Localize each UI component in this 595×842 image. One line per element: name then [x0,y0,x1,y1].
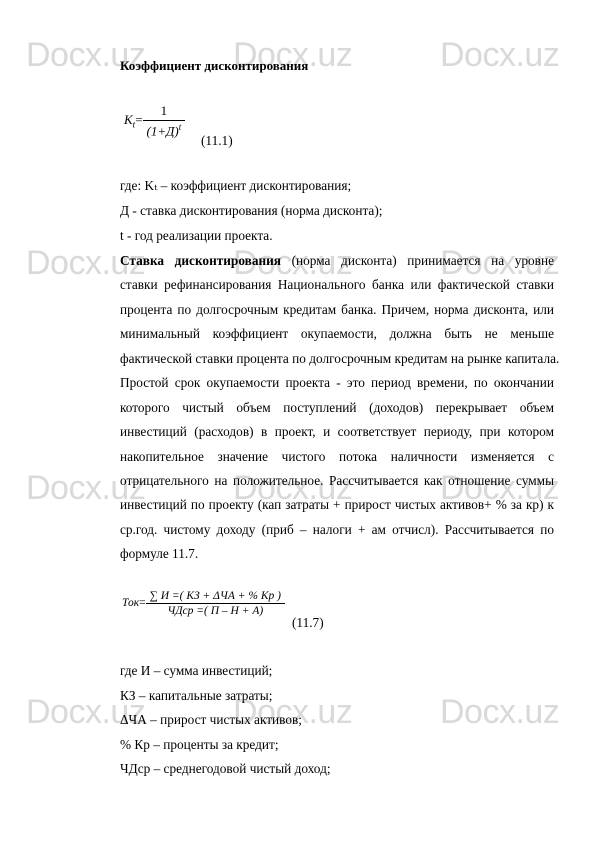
paragraph-line: минимальный коэффициент окупаемости, дол… [120,326,554,342]
equation-number: (11.7) [292,615,324,631]
definition-line: где И – сумма инвестиций; [120,663,554,679]
definition-line: ЧДср – среднегодовой чистый доход; [120,761,554,777]
paragraph-line: ставки рефинансирования Национального ба… [120,277,554,293]
definition-line: t - год реализации проекта. [120,228,554,244]
definition-line: ΔЧА – прирост чистых активов; [120,712,554,728]
paragraph-line: Простой срок окупаемости проекта - это п… [120,375,554,391]
formula-fraction: 1(1+Д)t [143,103,186,139]
paragraph-line: формуле 11.7. [120,546,198,562]
definition-line: КЗ – капитальные затраты; [120,688,554,704]
equation-number: (11.1) [201,133,233,149]
formula-11-7: Ток=∑ И =( КЗ + ΔЧА + % Кр )ЧДср =( П – … [122,590,285,617]
section-heading: Коэффициент дисконтирования [120,58,554,74]
paragraph-line: отрицательного на положительное. Рассчит… [120,473,554,489]
paragraph-line: процента по долгосрочным кредитам банка.… [120,302,554,318]
formula-11-1: Kt=1(1+Д)t [124,103,185,139]
paragraph-line: инвестиций по проекту (кап затраты + при… [120,497,554,513]
formula-fraction: ∑ И =( КЗ + ΔЧА + % Кр )ЧДср =( П – Н + … [146,590,285,617]
paragraph-line: Ставка дисконтирования (норма дисконта) … [120,253,554,269]
definition-line: % Кр – проценты за кредит; [120,737,554,753]
formula-lhs: Kt [124,112,135,127]
paragraph-line: которого чистый объем поступлений (доход… [120,400,554,416]
paragraph-line: накопительное значение чистого потока на… [120,449,554,465]
formula-lhs: Ток [122,597,139,609]
paragraph-line: фактической ставки процента по долгосроч… [120,351,559,367]
paragraph-line: инвестиций (расходов) в проект, и соотве… [120,424,554,440]
bold-term: Ставка дисконтирования [120,253,281,268]
definition-line: где: Kₜ – коэффициент дисконтирования; [120,178,554,194]
definition-line: Д - ставка дисконтирования (норма дискон… [120,203,554,219]
paragraph-line: ср.год. чистому доходу (приб – налоги + … [120,522,554,538]
